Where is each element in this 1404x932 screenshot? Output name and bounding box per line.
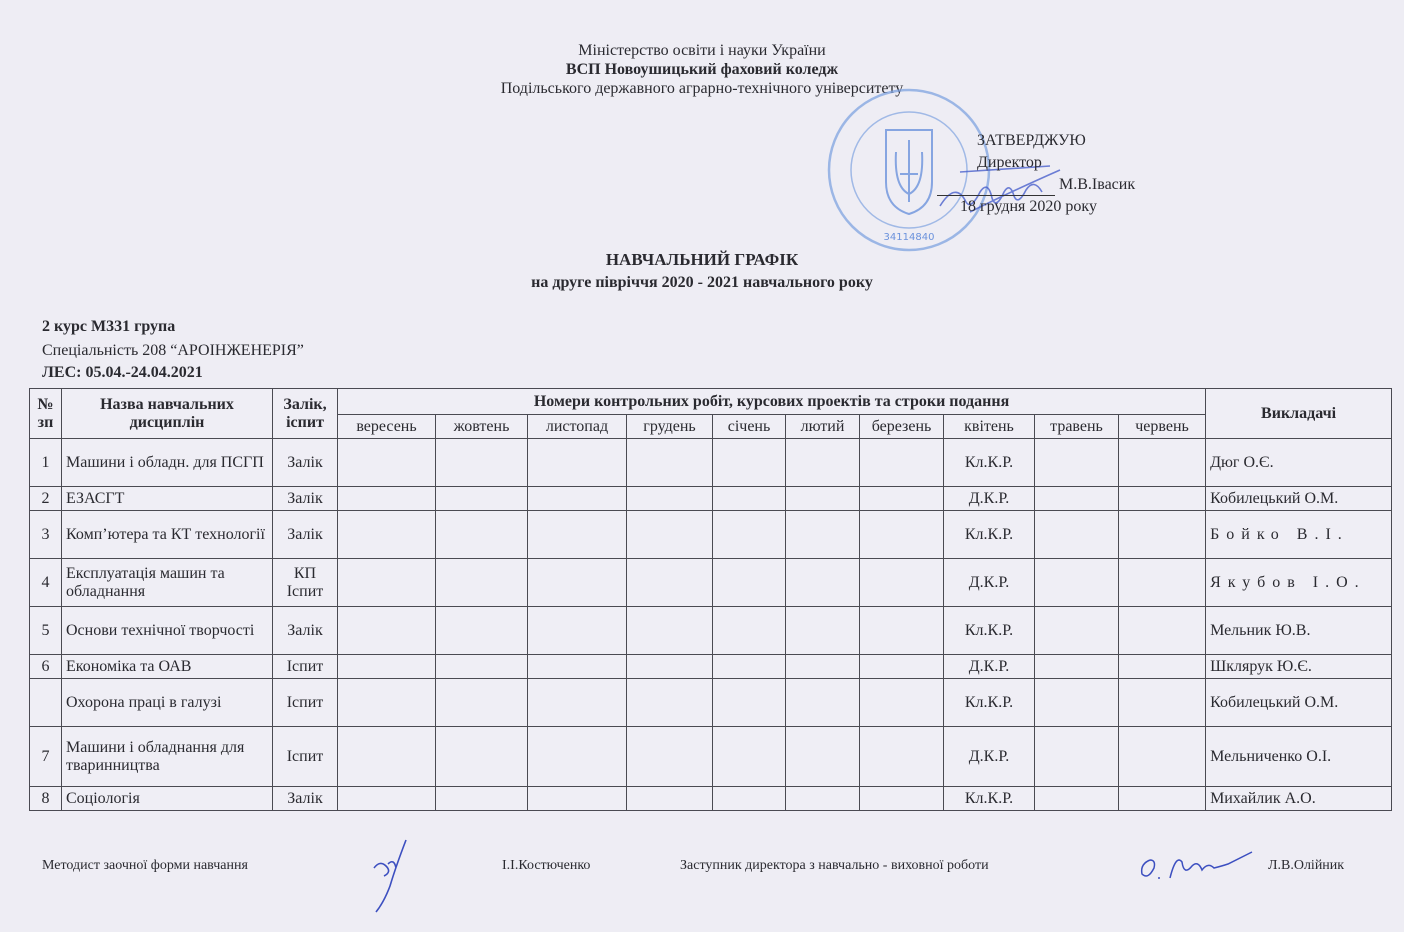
month-cell — [1119, 787, 1206, 811]
table-row: 3Комп’ютера та КТ технологіїЗалікКл.К.Р.… — [30, 511, 1392, 559]
row-number: 7 — [30, 727, 62, 787]
month-cell — [1035, 655, 1119, 679]
page-title: НАВЧАЛЬНИЙ ГРАФІК — [0, 250, 1404, 270]
month-cell — [528, 679, 627, 727]
month-cell — [713, 439, 786, 487]
approval-name: М.В.Івасик — [1059, 176, 1135, 193]
month-cell — [528, 727, 627, 787]
month-cell — [786, 559, 860, 607]
month-cell — [786, 655, 860, 679]
row-number: 1 — [30, 439, 62, 487]
month-cell — [713, 487, 786, 511]
teacher-name: Якубов І.О. — [1206, 559, 1392, 607]
month-cell — [786, 511, 860, 559]
table-row: 6Економіка та ОАВІспитД.К.Р.Шклярук Ю.Є. — [30, 655, 1392, 679]
discipline-name: Експлуатація машин та обладнання — [62, 559, 273, 607]
discipline-name: Охорона праці в галузі — [62, 679, 273, 727]
header-month: жовтень — [436, 415, 528, 439]
month-cell — [713, 727, 786, 787]
header-month: березень — [860, 415, 944, 439]
month-cell — [1119, 607, 1206, 655]
month-cell — [338, 787, 436, 811]
month-cell — [627, 655, 713, 679]
month-cell — [786, 487, 860, 511]
table-row: 8СоціологіяЗалікКл.К.Р.Михайлик А.О. — [30, 787, 1392, 811]
header-num: № зп — [30, 389, 62, 439]
les-dates: ЛЕС: 05.04.-24.04.2021 — [42, 364, 203, 382]
month-cell — [528, 607, 627, 655]
row-number: 2 — [30, 487, 62, 511]
month-cell — [1119, 511, 1206, 559]
assessment-type: Залік — [273, 607, 338, 655]
deputy-signature-icon — [1136, 848, 1256, 884]
month-cell — [1119, 487, 1206, 511]
month-cell — [627, 487, 713, 511]
row-number: 5 — [30, 607, 62, 655]
month-cell — [860, 727, 944, 787]
month-cell — [1119, 439, 1206, 487]
header-discipline: Назва навчальних дисциплін — [62, 389, 273, 439]
month-cell — [1035, 727, 1119, 787]
approval-block: ЗАТВЕРДЖУЮ Директор М.В.Івасик 18 грудня… — [977, 130, 1135, 218]
table-row: 5Основи технічної творчостіЗалікКл.К.Р.М… — [30, 607, 1392, 655]
row-number: 8 — [30, 787, 62, 811]
row-number: 4 — [30, 559, 62, 607]
month-cell — [436, 487, 528, 511]
month-cell — [528, 511, 627, 559]
teacher-name: Дюг О.Є. — [1206, 439, 1392, 487]
approval-date: 18 грудня 2020 року — [960, 196, 1135, 218]
approval-signature-line: М.В.Івасик — [937, 174, 1135, 196]
month-cell — [528, 655, 627, 679]
assessment-type: Іспит — [273, 727, 338, 787]
month-cell — [1035, 559, 1119, 607]
month-cell — [713, 607, 786, 655]
month-cell — [860, 511, 944, 559]
month-cell — [436, 655, 528, 679]
month-cell — [1035, 607, 1119, 655]
header-month: грудень — [627, 415, 713, 439]
month-cell — [436, 607, 528, 655]
month-cell — [627, 787, 713, 811]
approval-position: Директор — [977, 152, 1135, 174]
april-work-cell: Кл.К.Р. — [944, 439, 1035, 487]
row-number — [30, 679, 62, 727]
discipline-name: Економіка та ОАВ — [62, 655, 273, 679]
page-subtitle: на друге півріччя 2020 - 2021 навчальног… — [0, 274, 1404, 292]
month-cell — [338, 559, 436, 607]
svg-text:34114840: 34114840 — [884, 232, 935, 243]
month-cell — [436, 511, 528, 559]
month-cell — [713, 655, 786, 679]
teacher-name: Михайлик А.О. — [1206, 787, 1392, 811]
header-month: лютий — [786, 415, 860, 439]
teacher-name: Кобилецький О.М. — [1206, 487, 1392, 511]
row-number: 6 — [30, 655, 62, 679]
month-cell — [1035, 787, 1119, 811]
month-cell — [627, 511, 713, 559]
april-work-cell: Кл.К.Р. — [944, 607, 1035, 655]
month-cell — [1035, 487, 1119, 511]
month-cell — [1119, 679, 1206, 727]
month-cell — [786, 439, 860, 487]
april-work-cell: Кл.К.Р. — [944, 679, 1035, 727]
month-cell — [338, 439, 436, 487]
april-work-cell: Кл.К.Р. — [944, 787, 1035, 811]
month-cell — [860, 559, 944, 607]
april-work-cell: Д.К.Р. — [944, 727, 1035, 787]
month-cell — [860, 679, 944, 727]
header-month: січень — [713, 415, 786, 439]
month-cell — [860, 655, 944, 679]
assessment-type: КП Іспит — [273, 559, 338, 607]
month-cell — [338, 487, 436, 511]
month-cell — [338, 511, 436, 559]
ministry-header: Міністерство освіти і науки України — [0, 42, 1404, 60]
month-cell — [786, 679, 860, 727]
month-cell — [713, 679, 786, 727]
teacher-name: Мельник Ю.В. — [1206, 607, 1392, 655]
month-cell — [860, 487, 944, 511]
month-cell — [627, 439, 713, 487]
table-row: 4Експлуатація машин та обладнанняКП Іспи… — [30, 559, 1392, 607]
month-cell — [627, 727, 713, 787]
assessment-type: Іспит — [273, 679, 338, 727]
month-cell — [786, 727, 860, 787]
month-cell — [528, 559, 627, 607]
month-cell — [860, 787, 944, 811]
april-work-cell: Кл.К.Р. — [944, 511, 1035, 559]
month-cell — [860, 439, 944, 487]
header-month: квітень — [944, 415, 1035, 439]
month-cell — [436, 439, 528, 487]
discipline-name: Соціологія — [62, 787, 273, 811]
teacher-name: Бойко В.І. — [1206, 511, 1392, 559]
college-header: ВСП Новоушицький фаховий коледж — [0, 61, 1404, 79]
month-cell — [1035, 439, 1119, 487]
month-cell — [1035, 511, 1119, 559]
header-month: вересень — [338, 415, 436, 439]
month-cell — [338, 727, 436, 787]
assessment-type: Залік — [273, 511, 338, 559]
month-cell — [528, 439, 627, 487]
table-row: Охорона праці в галузіІспитКл.К.Р.Кобиле… — [30, 679, 1392, 727]
assessment-type: Залік — [273, 487, 338, 511]
april-work-cell: Д.К.Р. — [944, 487, 1035, 511]
month-cell — [713, 559, 786, 607]
schedule-table: № зп Назва навчальних дисциплін Залік, і… — [29, 388, 1392, 811]
april-work-cell: Д.К.Р. — [944, 655, 1035, 679]
assessment-type: Залік — [273, 439, 338, 487]
month-cell — [1119, 655, 1206, 679]
month-cell — [436, 787, 528, 811]
assessment-type: Іспит — [273, 655, 338, 679]
header-teachers: Викладачі — [1206, 389, 1392, 439]
month-cell — [338, 679, 436, 727]
teacher-name: Шклярук Ю.Є. — [1206, 655, 1392, 679]
april-work-cell: Д.К.Р. — [944, 559, 1035, 607]
month-cell — [786, 607, 860, 655]
assessment-type: Залік — [273, 787, 338, 811]
methodist-name: І.І.Костюченко — [502, 858, 590, 874]
university-header: Подільського державного аграрно-технічно… — [0, 80, 1404, 98]
deputy-name: Л.В.Олійник — [1268, 858, 1344, 874]
month-cell — [436, 679, 528, 727]
teacher-name: Кобилецький О.М. — [1206, 679, 1392, 727]
specialty-label: Спеціальність 208 “АРОІНЖЕНЕРІЯ” — [42, 342, 304, 360]
header-works: Номери контрольних робіт, курсових проек… — [338, 389, 1206, 415]
month-cell — [627, 607, 713, 655]
month-cell — [627, 679, 713, 727]
approval-label: ЗАТВЕРДЖУЮ — [977, 130, 1135, 152]
month-cell — [338, 655, 436, 679]
table-row: 2ЕЗАСГТЗалікД.К.Р.Кобилецький О.М. — [30, 487, 1392, 511]
month-cell — [338, 607, 436, 655]
discipline-name: Машини і обладн. для ПСГП — [62, 439, 273, 487]
header-month: червень — [1119, 415, 1206, 439]
header-type: Залік, іспит — [273, 389, 338, 439]
group-label: 2 курс М331 група — [42, 318, 175, 336]
month-cell — [713, 511, 786, 559]
methodist-signature-icon — [366, 836, 426, 916]
row-number: 3 — [30, 511, 62, 559]
discipline-name: Основи технічної творчості — [62, 607, 273, 655]
table-row: 1Машини і обладн. для ПСГПЗалікКл.К.Р.Дю… — [30, 439, 1392, 487]
month-cell — [713, 787, 786, 811]
deputy-title: Заступник директора з навчально - виховн… — [680, 858, 989, 874]
month-cell — [436, 727, 528, 787]
teacher-name: Мельниченко О.І. — [1206, 727, 1392, 787]
methodist-title: Методист заочної форми навчання — [42, 858, 248, 874]
month-cell — [528, 487, 627, 511]
discipline-name: Комп’ютера та КТ технології — [62, 511, 273, 559]
month-cell — [528, 787, 627, 811]
header-month: травень — [1035, 415, 1119, 439]
table-row: 7Машини і обладнання для тваринництваІсп… — [30, 727, 1392, 787]
header-month: листопад — [528, 415, 627, 439]
month-cell — [860, 607, 944, 655]
month-cell — [786, 787, 860, 811]
month-cell — [1119, 727, 1206, 787]
month-cell — [627, 559, 713, 607]
month-cell — [436, 559, 528, 607]
month-cell — [1035, 679, 1119, 727]
discipline-name: ЕЗАСГТ — [62, 487, 273, 511]
month-cell — [1119, 559, 1206, 607]
discipline-name: Машини і обладнання для тваринництва — [62, 727, 273, 787]
